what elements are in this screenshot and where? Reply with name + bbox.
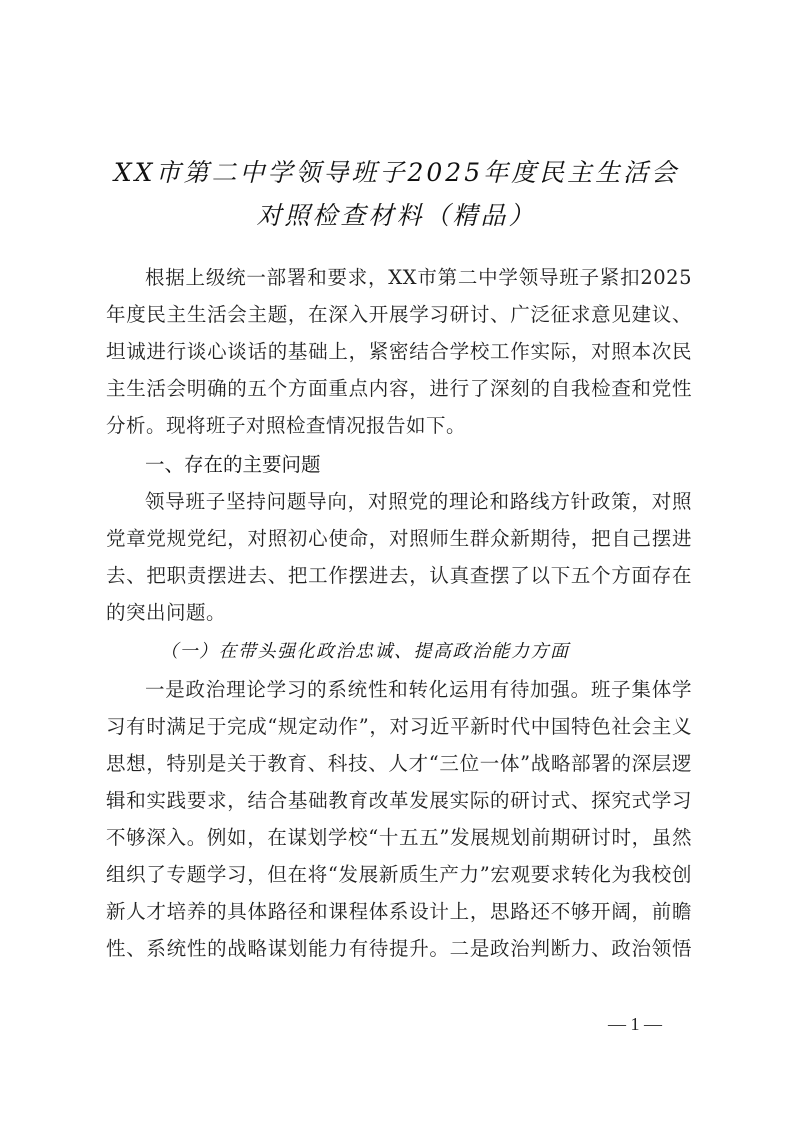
page-number: — 1 — xyxy=(608,1014,662,1035)
subsection-para-line: 不够深入。例如，在谋划学校“十五五”发展规划前期研讨时，虽然 xyxy=(106,826,692,850)
document-title-line2: 对照检查材料（精品） xyxy=(90,196,703,232)
subsection-para-line: 新人才培养的具体路径和课程体系设计上，思路还不够开阔，前瞻 xyxy=(106,900,692,924)
document-title-line1: XX市第二中学领导班子2025年度民主生活会 xyxy=(90,153,703,189)
subsection-para-line: 思想，特别是关于教育、科技、人才“三位一体”战略部署的深层逻 xyxy=(106,752,692,776)
section-para-line: 去、把职责摆进去、把工作摆进去，认真查摆了以下五个方面存在 xyxy=(106,564,692,588)
document-page: XX市第二中学领导班子2025年度民主生活会 对照检查材料（精品） 根据上级统一… xyxy=(0,0,793,1122)
intro-line: 分析。现将班子对照检查情况报告如下。 xyxy=(106,414,692,438)
section-heading: 一、存在的主要问题 xyxy=(145,453,321,477)
section-para-line: 的突出问题。 xyxy=(106,601,692,625)
subsection-para-line: 性、系统性的战略谋划能力有待提升。二是政治判断力、政治领悟 xyxy=(106,937,692,961)
intro-line: 坦诚进行谈心谈话的基础上，紧密结合学校工作实际，对照本次民 xyxy=(106,340,692,364)
section-para-line: 领导班子坚持问题导向，对照党的理论和路线方针政策，对照 xyxy=(145,490,692,514)
subsection-para-line: 辑和实践要求，结合基础教育改革发展实际的研讨式、探究式学习 xyxy=(106,789,692,813)
intro-line: 年度民主生活会主题，在深入开展学习研讨、广泛征求意见建议、 xyxy=(106,303,692,327)
intro-line: 根据上级统一部署和要求，XX市第二中学领导班子紧扣2025 xyxy=(145,266,692,290)
subsection-para-line: 习有时满足于完成“规定动作”，对习近平新时代中国特色社会主义 xyxy=(106,715,692,739)
subsection-para-line: 组织了专题学习，但在将“发展新质生产力”宏观要求转化为我校创 xyxy=(106,863,692,887)
subsection-heading: （一）在带头强化政治忠诚、提高政治能力方面 xyxy=(160,640,570,664)
intro-line: 主生活会明确的五个方面重点内容，进行了深刻的自我检查和党性 xyxy=(106,377,692,401)
subsection-para-line: 一是政治理论学习的系统性和转化运用有待加强。班子集体学 xyxy=(145,678,692,702)
section-para-line: 党章党规党纪，对照初心使命，对照师生群众新期待，把自己摆进 xyxy=(106,527,692,551)
